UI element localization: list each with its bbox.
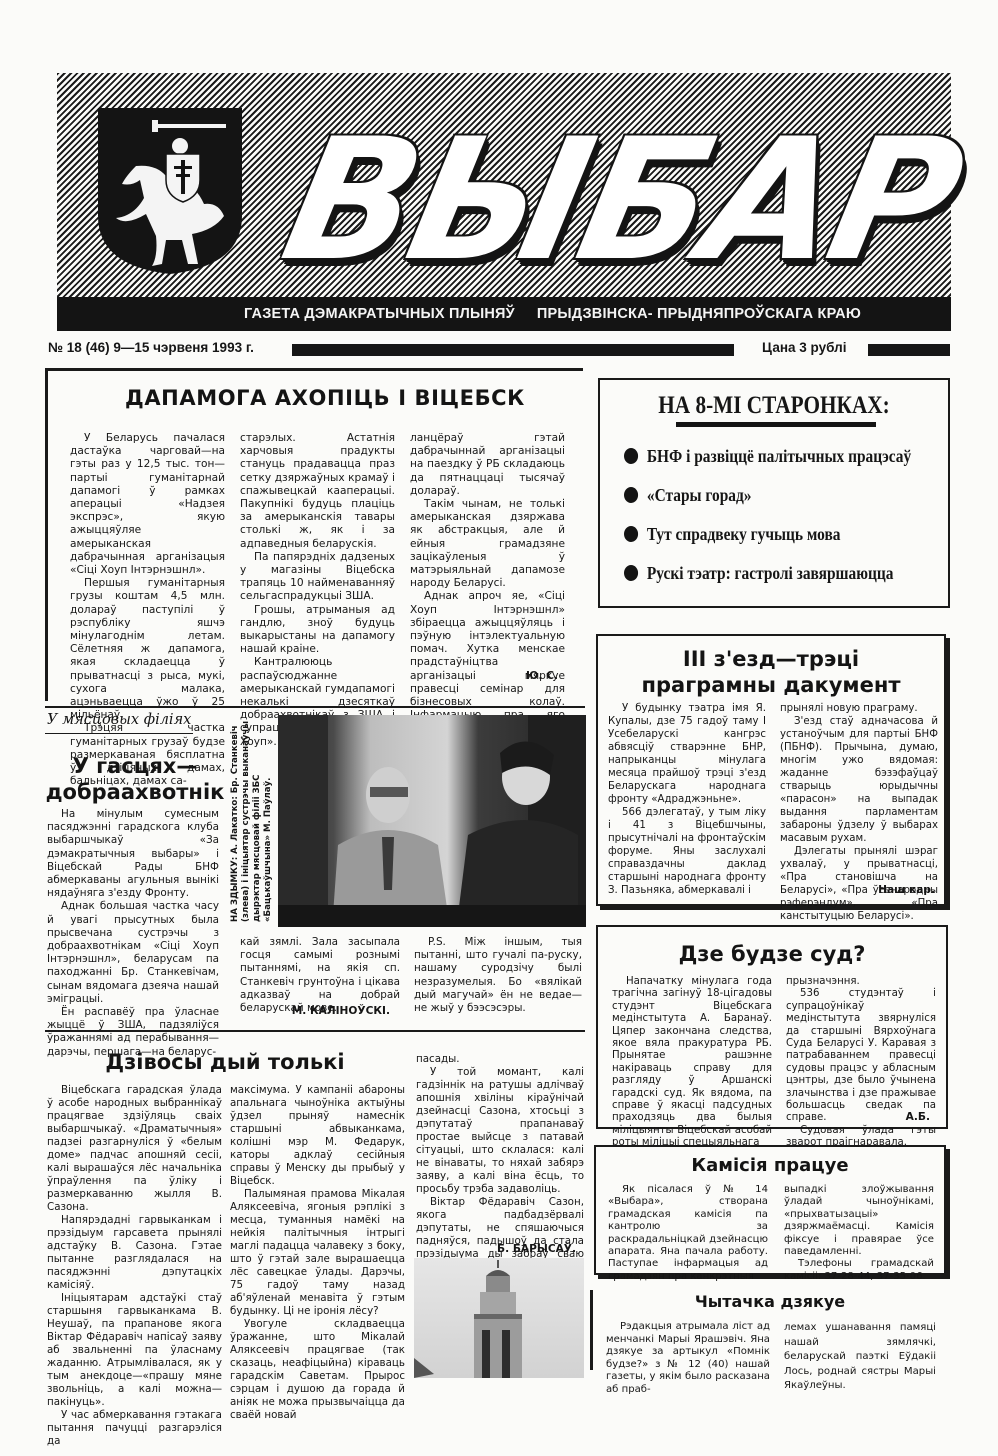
article-smoke-col2: максімума. У кампаніі абароны апальнага … [230, 1084, 405, 1422]
article-smoke-col1: Віцебскага гарадская ўлада ў асобе народ… [47, 1084, 222, 1448]
issue-number: № 18 (46) 9—15 чэрвеня 1993 г. [48, 340, 254, 355]
contents-item[interactable]: «Стары горад» [624, 485, 906, 506]
issue-line-bar-right [868, 344, 950, 356]
article-commission-headline: Камісія працуе [594, 1155, 946, 1176]
contents-box-title: НА 8-МІ СТАРОНКАХ: [624, 392, 923, 420]
article-court-signature: А.Б. [840, 1111, 930, 1123]
meeting-photo [278, 715, 586, 927]
article-volunteer-col2: кай зямлі. Зала засыпала госця самымі ро… [240, 936, 400, 1015]
article-smoke-signature: Б. БАРЫСАЎ. [416, 1243, 576, 1255]
article-thanks-col1: Рэдакцыя атрымала ліст ад менчанкі Марыі… [606, 1321, 770, 1397]
article-volunteer-col1: На мінулым сумесным пасяджэнні гарадског… [47, 808, 219, 1059]
bullet-icon [624, 487, 638, 503]
issue-price: Цана 3 рублі [762, 340, 846, 355]
article-thanks-col2: лемах ушанавання памяці нашай зямлячкі, … [784, 1321, 936, 1394]
town-hall-photo [414, 1258, 584, 1378]
meeting-photo-figures [278, 715, 586, 927]
article-congress-col1: У будынку тэатра імя Я. Купалы, дзе 75 г… [608, 702, 766, 897]
contents-item[interactable]: Тут спрадвеку гучыць мова [624, 524, 906, 545]
article-congress-headline: III з'езд—трэці праграмны дакумент [596, 646, 946, 698]
article-court-col1: Напачатку мінулага года трагічна загінуў… [612, 976, 772, 1150]
photo-caption: НА ЗДЫМКУ: А. Лакатко: Бр. Станкевіч (зл… [230, 714, 276, 922]
issue-line-bar [292, 344, 734, 356]
article-aid-signature: Ю. С. [410, 670, 558, 682]
masthead-subtitle-strip: ГАЗЕТА ДЭМАКРАТЫЧНЫХ ПЛЫНЯЎ ПРЫДЗВІНСКА-… [57, 297, 951, 331]
rubric-underline [45, 733, 193, 734]
article-commission-col2: выпадкі злоўжывання ўладай чыноўнікамі, … [784, 1184, 934, 1283]
article-volunteer-col3: P.S. Між іншым, тыя пытанні, што гучалі … [414, 936, 582, 1015]
article-court-col2: прызначэння. 536 студэнтаў і супрацоўнік… [786, 976, 936, 1150]
article-volunteer-signature: М. КАЛІНОЎСКІ. [240, 1005, 390, 1017]
article-aid-col1: У Беларусь пачалася дастаўка чарговай—на… [70, 432, 225, 788]
pahonia-knight-shield-icon [96, 106, 244, 276]
contents-list: БНФ і развіццё палітычных працэсаў «Стар… [624, 446, 944, 584]
newspaper-title: ВЫБАР [272, 115, 908, 285]
bullet-icon [624, 565, 638, 581]
article-court-headline: Дзе будзе суд? [596, 942, 948, 966]
contents-item[interactable]: Рускі тэатр: гастролі завяршаюцца [624, 563, 906, 584]
article-thanks-headline: Чытачка дзякуе [594, 1292, 946, 1311]
section-rule [590, 1290, 593, 1370]
article-congress-signature: Наш кар. [840, 884, 935, 896]
subtitle-right: ПРЫДЗВІНСКА- ПРЫДНЯПРОЎСКАГА КРАЮ [537, 306, 861, 322]
bullet-icon [624, 448, 638, 464]
contents-title-underline [676, 422, 876, 427]
article-smoke-headline: Дзівосы дый толькі [45, 1050, 405, 1074]
section-divider [45, 706, 585, 708]
article-aid-headline: ДАПАМОГА АХОПІЦЬ І ВІЦЕБСК [70, 386, 580, 410]
article-aid-col3: ланцёраў гэтай дабрачыннай арганізацыі н… [410, 432, 565, 762]
article-volunteer-headline: У гасцях— добраахвотнік [45, 753, 225, 805]
subtitle-left: ГАЗЕТА ДЭМАКРАТЫЧНЫХ ПЛЫНЯЎ [244, 306, 515, 322]
bullet-icon [624, 526, 638, 542]
rubric-local-branches: У мясцовых філіях [47, 712, 191, 728]
contents-item[interactable]: БНФ і развіццё палітычных працэсаў [624, 446, 906, 467]
section-divider [45, 1030, 585, 1032]
article-aid-col2: старэлых. Астатнія харчовыя прадукты ста… [240, 432, 395, 749]
article-commission-col1: Як пісалася ў № 14 «Выбара», створана гр… [608, 1184, 768, 1283]
town-hall-tower-icon [414, 1258, 584, 1378]
